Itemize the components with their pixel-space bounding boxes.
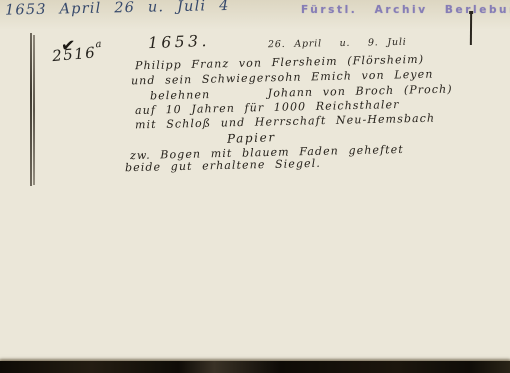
photo-bottom-edge bbox=[0, 361, 510, 373]
margin-rule-line-1 bbox=[30, 33, 32, 186]
registry-number-suffix: a bbox=[95, 39, 103, 51]
checkmark-icon: ✔ bbox=[60, 36, 76, 57]
left-margin-double-rule bbox=[30, 33, 36, 186]
margin-rule-line-2 bbox=[33, 35, 35, 185]
photo-scratch-mark bbox=[470, 14, 472, 45]
date-range: 26. April u. 9. Juli bbox=[268, 37, 407, 50]
archive-card-photo: 1653 April 26 u. Juli 4 Fürstl. Archiv B… bbox=[0, 0, 510, 373]
top-date-annotation: 1653 April 26 u. Juli 4 bbox=[5, 0, 255, 19]
year-heading: 1653. bbox=[148, 32, 210, 52]
material-label: Papier bbox=[227, 130, 276, 146]
archive-stamp: Fürstl. Archiv Berleburg bbox=[301, 4, 510, 16]
